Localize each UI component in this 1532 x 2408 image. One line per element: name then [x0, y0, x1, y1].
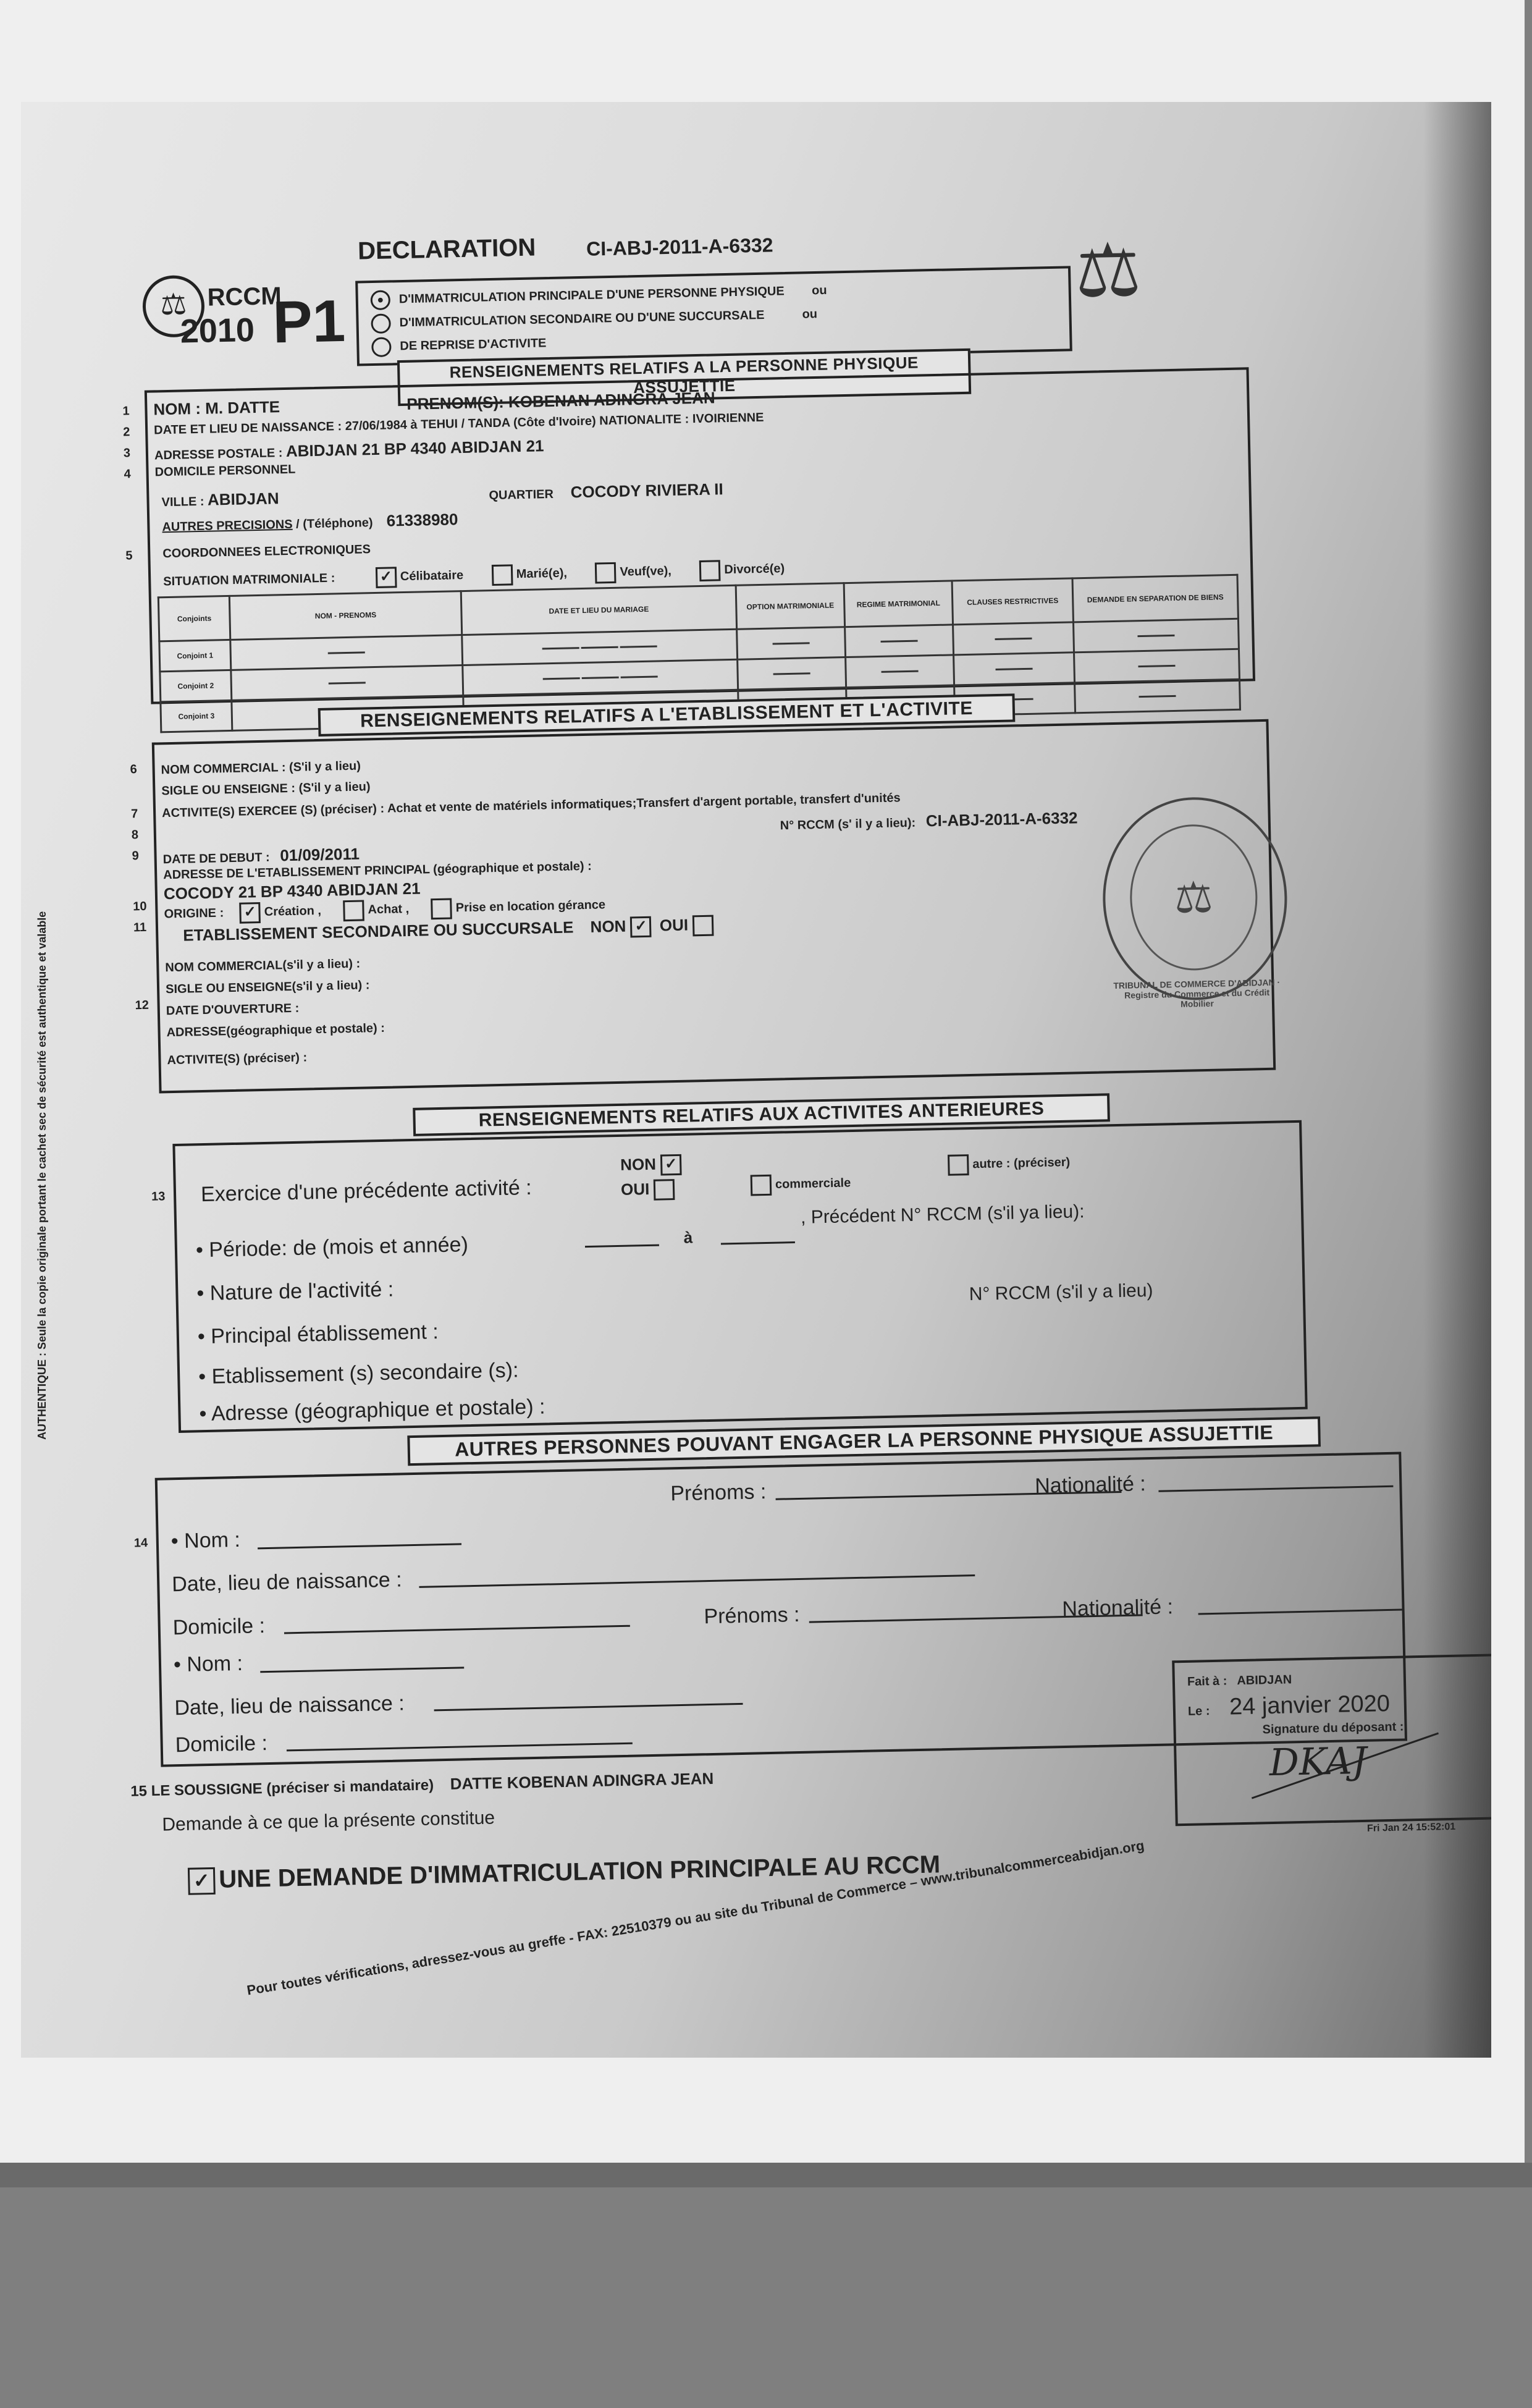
- periode-label: • Période: de (mois et année): [196, 1233, 469, 1262]
- coordonnees-label: COORDONNEES ELECTRONIQUES: [162, 543, 371, 561]
- document-reference: CI-ABJ-2011-A-6332: [586, 234, 773, 260]
- logo-year: 2010: [180, 311, 255, 351]
- precedent-rccm-label: , Précédent N° RCCM (s'il ya lieu):: [801, 1201, 1085, 1228]
- checkbox-prior-oui[interactable]: [654, 1179, 675, 1201]
- sigle-field: SIGLE OU ENSEIGNE : (S'il y a lieu): [161, 780, 371, 798]
- person1-domicile: Domicile :: [172, 1614, 265, 1640]
- checkbox-prior-non[interactable]: ✓: [660, 1154, 682, 1176]
- checkbox-celibataire[interactable]: ✓Célibataire: [376, 568, 464, 584]
- declaration-type-option[interactable]: D'IMMATRICULATION SECONDAIRE OU D'UNE SU…: [371, 305, 817, 334]
- radio-icon[interactable]: [371, 337, 392, 357]
- checkbox-commerciale[interactable]: commerciale: [751, 1173, 851, 1196]
- sec-date-ouverture-field: DATE D'OUVERTURE :: [166, 1002, 300, 1019]
- check-icon[interactable]: ✓: [376, 567, 397, 588]
- sec-activite-field: ACTIVITE(S) (préciser) :: [167, 1050, 307, 1068]
- person1-nom: • Nom :: [170, 1528, 240, 1553]
- nom-commercial-field: NOM COMMERCIAL : (S'il y a lieu): [161, 759, 361, 778]
- section-person-box: 1 2 3 4 5 NOM : M. DATTE PRENOM(S): KOBE…: [145, 367, 1255, 704]
- check-icon[interactable]: ✓: [239, 902, 261, 924]
- checkbox-autre[interactable]: autre : (préciser): [948, 1152, 1071, 1176]
- checkbox-location-gerance[interactable]: Prise en location gérance: [431, 898, 606, 916]
- person1-naissance: Date, lieu de naissance :: [172, 1568, 402, 1597]
- radio-selected-icon[interactable]: ●: [371, 290, 391, 310]
- checkbox-achat[interactable]: Achat ,: [343, 902, 409, 917]
- demande-text: Demande à ce que la présente constitue: [162, 1807, 495, 1835]
- signature-box: Fait à : ABIDJAN Le : 24 janvier 2020 Si…: [1172, 1653, 1491, 1826]
- document-title: DECLARATION: [358, 234, 536, 265]
- soussigne-line: 15 LE SOUSSIGNE (préciser si mandataire)…: [130, 1769, 714, 1801]
- prior-non: NON ✓: [620, 1154, 686, 1177]
- autres-precisions-field: AUTRES PRECISIONS / (Téléphone) 61338980: [162, 510, 458, 535]
- periode-a: à: [683, 1228, 692, 1247]
- exercice-label: Exercice d'une précédente activité :: [201, 1176, 532, 1207]
- principal-label: • Principal établissement :: [198, 1320, 439, 1349]
- person2-domicile: Domicile :: [175, 1731, 267, 1757]
- declaration-type-option[interactable]: DE REPRISE D'ACTIVITE: [371, 334, 547, 357]
- checkbox-secondaire-non[interactable]: ✓: [630, 916, 652, 938]
- checkbox-marie[interactable]: Marié(e),: [491, 567, 567, 582]
- person2-nom: • Nom :: [174, 1652, 243, 1677]
- secondaire-label: • Etablissement (s) secondaire (s):: [198, 1358, 519, 1389]
- adresse-postale-field: ADRESSE POSTALE : ABIDJAN 21 BP 4340 ABI…: [154, 436, 544, 463]
- person1-nationalite: Nationalité :: [1035, 1472, 1146, 1498]
- checkbox-divorce[interactable]: Divorcé(e): [699, 562, 785, 577]
- checkbox-secondaire-oui[interactable]: [692, 915, 714, 937]
- sec-nom-commercial-field: NOM COMMERCIAL(s'il y a lieu) :: [165, 957, 360, 976]
- person2-naissance: Date, lieu de naissance :: [174, 1691, 405, 1720]
- principal-rccm-label: N° RCCM (s'il y a lieu): [969, 1280, 1153, 1305]
- domicile-label: DOMICILE PERSONNEL: [154, 463, 295, 480]
- ville-field: VILLE : ABIDJAN: [161, 489, 279, 510]
- check-icon[interactable]: ✓: [188, 1867, 216, 1895]
- checkbox-creation[interactable]: ✓Création ,: [240, 904, 322, 919]
- quartier-field: QUARTIER COCODY RIVIERA II: [489, 479, 723, 504]
- section-establishment-box: 6 7 8 9 10 11 12 NOM COMMERCIAL : (S'il …: [152, 719, 1276, 1094]
- sheet-edge: [0, 2163, 1532, 2187]
- fait-a: Fait à : ABIDJAN: [1187, 1673, 1292, 1689]
- section-prior-box: 13 Exercice d'une précédente activité : …: [172, 1120, 1307, 1433]
- person1-prenoms: Prénoms :: [670, 1480, 767, 1506]
- tribunal-stamp: ⚖ TRIBUNAL DE COMMERCE D'ABIDJAN · Regis…: [1101, 795, 1289, 1002]
- checkbox-veuf[interactable]: Veuf(ve),: [595, 564, 671, 580]
- document-photo: DECLARATION CI-ABJ-2011-A-6332 ⚖ RCCM 20…: [21, 102, 1491, 2058]
- sec-sigle-field: SIGLE OU ENSEIGNE(s'il y a lieu) :: [166, 978, 370, 997]
- logo-acronym: RCCM: [207, 282, 282, 312]
- radio-icon[interactable]: [371, 313, 391, 334]
- logo-form-code: P1: [272, 287, 346, 357]
- lady-justice-icon: ⚖: [1074, 227, 1142, 315]
- person2-nationalite: Nationalité :: [1062, 1595, 1173, 1621]
- print-timestamp: Fri Jan 24 15:52:01: [1367, 1822, 1456, 1835]
- date-le: Le : 24 janvier 2020: [1187, 1691, 1390, 1722]
- prenoms-field: PRENOM(S): KOBENAN ADINGRA JEAN: [406, 388, 715, 413]
- prior-oui: OUI: [621, 1179, 679, 1201]
- signature-label: Signature du déposant :: [1262, 1720, 1404, 1738]
- nature-label: • Nature de l'activité :: [196, 1278, 394, 1306]
- rccm-number-field: N° RCCM (s' il y a lieu): CI-ABJ-2011-A-…: [780, 808, 1077, 834]
- adresse-prior-label: • Adresse (géographique et postale) :: [199, 1395, 545, 1427]
- person2-prenoms: Prénoms :: [704, 1603, 800, 1629]
- authenticity-side-note: AUTHENTIQUE : Seule la copie originale p…: [36, 911, 49, 1440]
- sec-adresse-field: ADRESSE(géographique et postale) :: [166, 1021, 385, 1040]
- nom-field: NOM : M. DATTE: [153, 397, 280, 419]
- rccm-form: DECLARATION CI-ABJ-2011-A-6332 ⚖ RCCM 20…: [46, 102, 1491, 2017]
